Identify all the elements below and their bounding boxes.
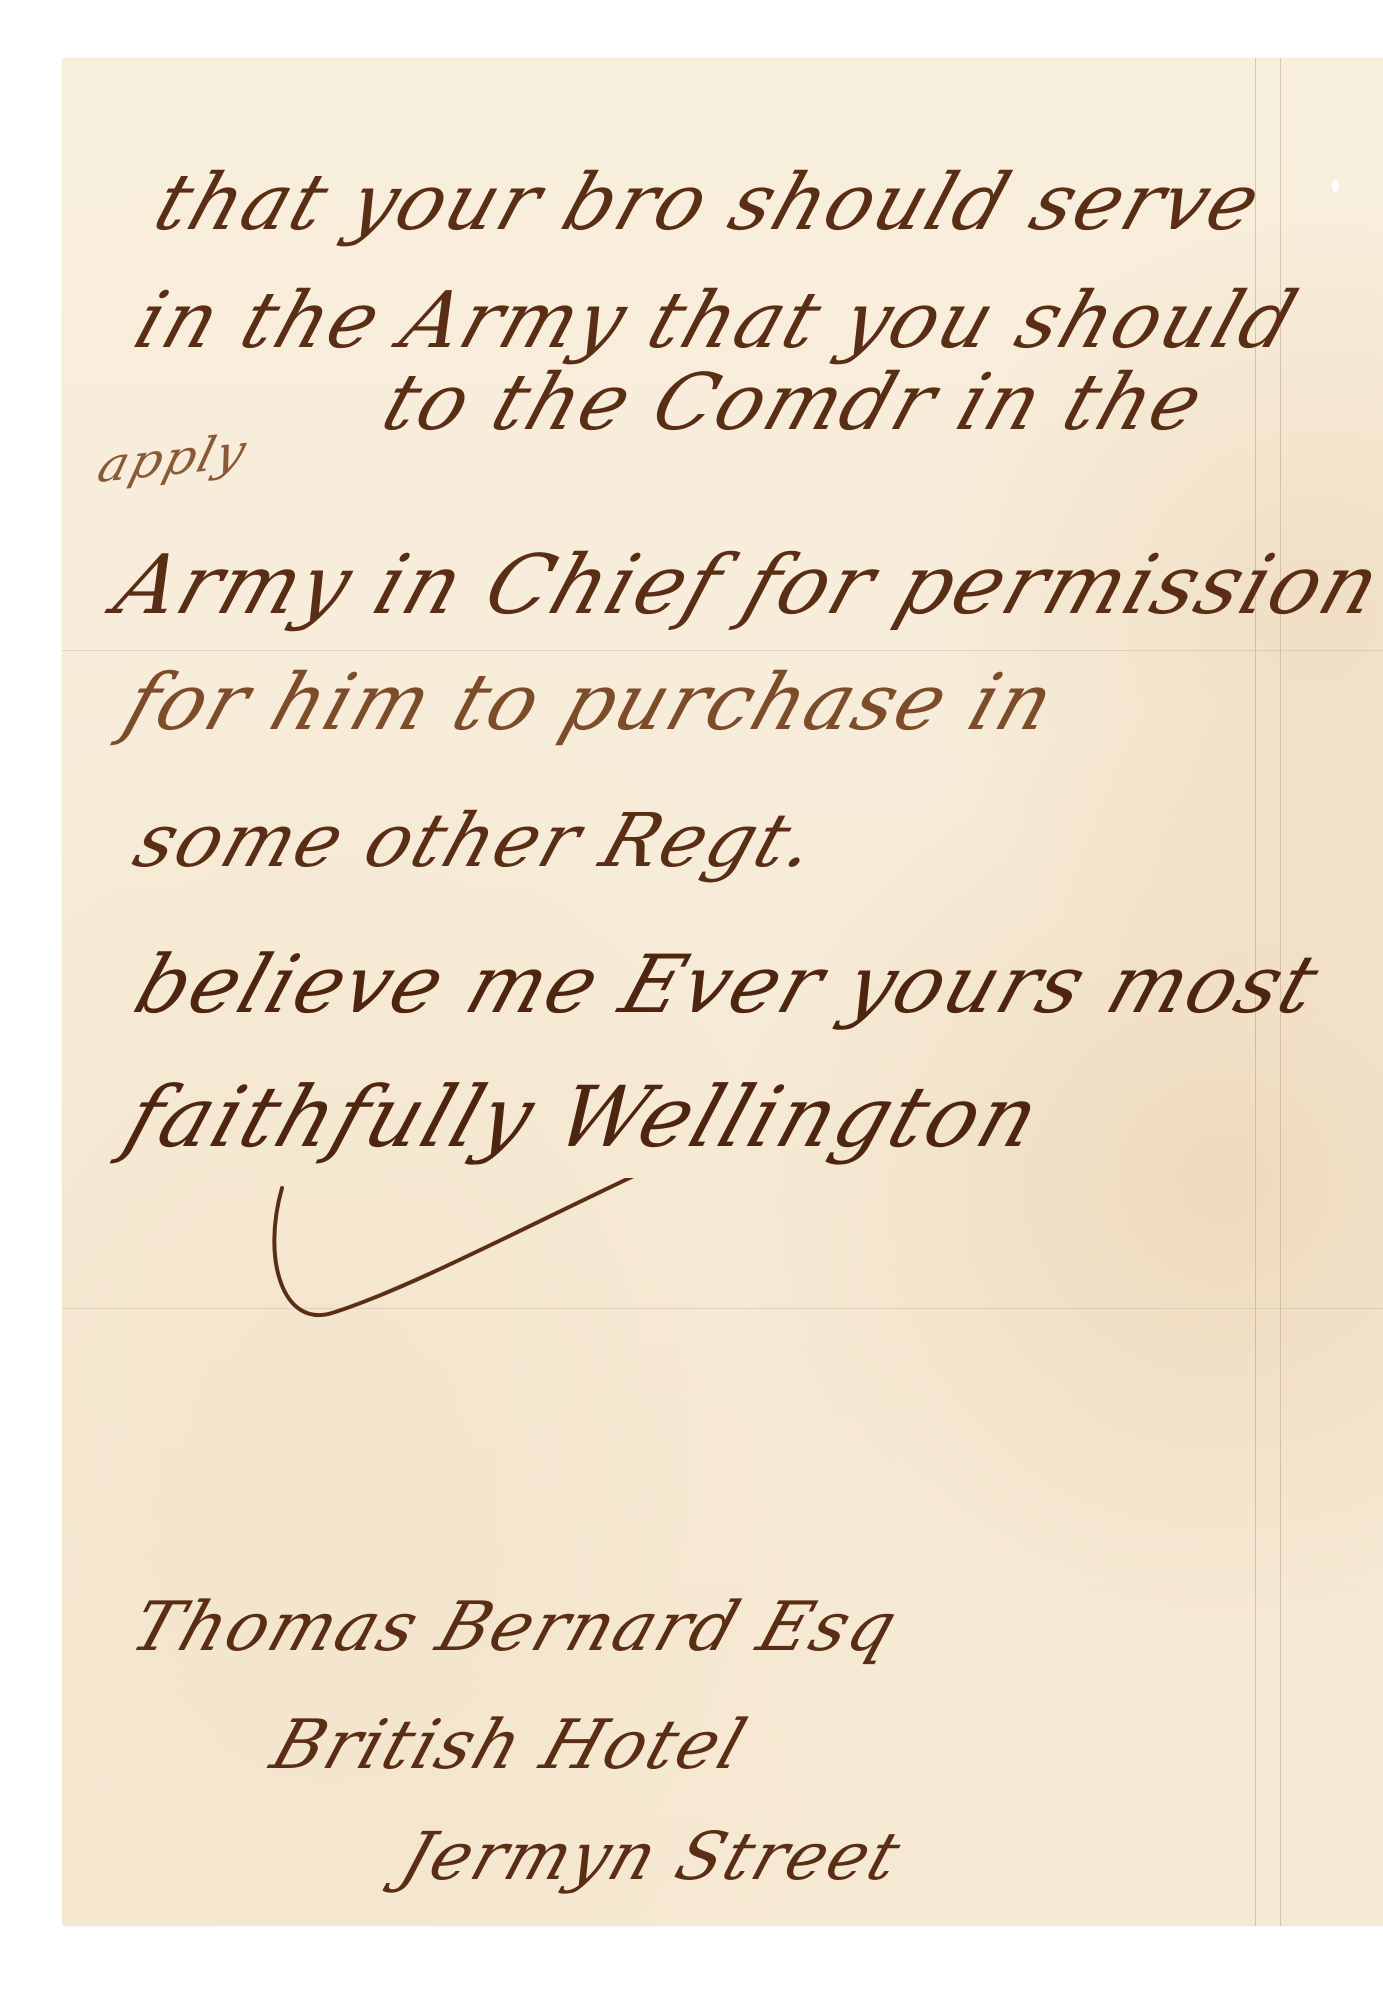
- address-street: Jermyn Street: [392, 1818, 911, 1895]
- signature-line: faithfully Wellington: [114, 1068, 1053, 1166]
- letter-line-6: some other Regt.: [124, 798, 829, 884]
- letter-paper: that your bro should serve in the Army t…: [62, 58, 1383, 1926]
- margin-note: apply: [92, 423, 254, 494]
- horizontal-fold-line: [62, 650, 1383, 651]
- letter-line-1: that your bro should serve: [144, 158, 1273, 248]
- signature-flourish-icon: [262, 1178, 682, 1338]
- valediction-line: believe me Ever yours most: [124, 938, 1331, 1031]
- letter-line-5: for him to purchase in: [114, 658, 1066, 748]
- letter-line-2: in the Army that you should: [124, 276, 1309, 366]
- horizontal-fold-line: [62, 1308, 1383, 1309]
- letter-line-3: to the Comdr in the: [372, 358, 1215, 448]
- pin-hole: [1332, 180, 1339, 192]
- address-recipient: Thomas Bernard Esq: [122, 1588, 908, 1667]
- letter-line-4: Army in Chief for permission: [104, 538, 1383, 633]
- address-hotel: British Hotel: [262, 1706, 757, 1785]
